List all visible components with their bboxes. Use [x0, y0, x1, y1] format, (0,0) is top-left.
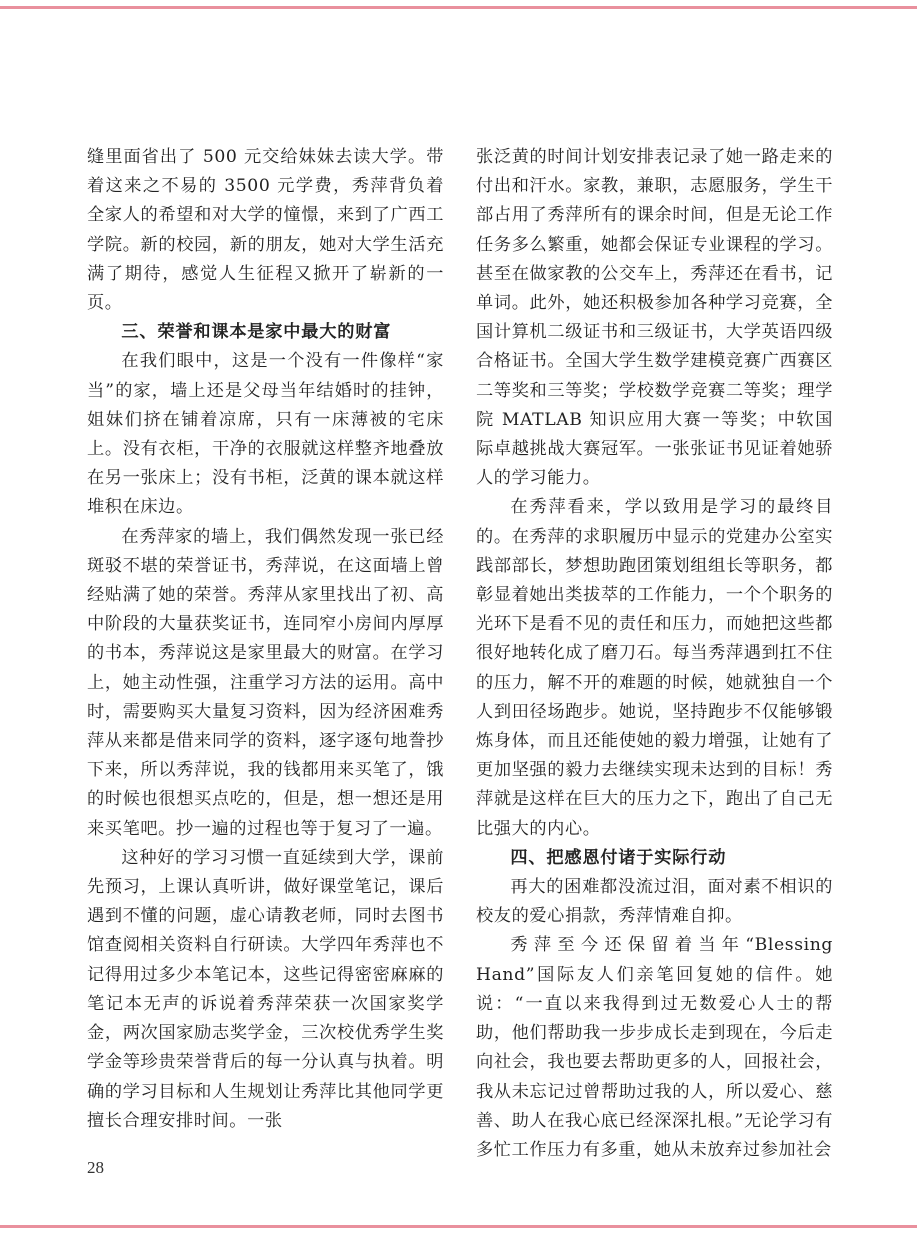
- paragraph: 再大的困难都没流过泪，面对素不相识的校友的爱心捐款，秀萍情难自抑。: [476, 873, 833, 931]
- paragraph: 这种好的学习习惯一直延续到大学，课前先预习，上课认真听讲，做好课堂笔记，课后遇到…: [87, 844, 444, 1136]
- right-column: 张泛黄的时间计划安排表记录了她一路走来的付出和汗水。家教，兼职，志愿服务，学生干…: [476, 143, 833, 1165]
- paragraph: 秀萍至今还保留着当年“Blessing Hand”国际友人们亲笔回复她的信件。她…: [476, 931, 833, 1165]
- section-heading: 三、荣誉和课本是家中最大的财富: [87, 318, 444, 347]
- left-column: 缝里面省出了 500 元交给妹妹去读大学。带着这来之不易的 3500 元学费，秀…: [87, 143, 444, 1136]
- paragraph: 在我们眼中，这是一个没有一件像样“家当”的家，墙上还是父母当年结婚时的挂钟，姐妹…: [87, 347, 444, 522]
- bottom-rule: [0, 1225, 917, 1228]
- paragraph: 张泛黄的时间计划安排表记录了她一路走来的付出和汗水。家教，兼职，志愿服务，学生干…: [476, 143, 833, 493]
- page-number: 28: [87, 1158, 104, 1178]
- paragraph: 在秀萍看来，学以致用是学习的最终目的。在秀萍的求职履历中显示的党建办公室实践部部…: [476, 493, 833, 843]
- paragraph: 缝里面省出了 500 元交给妹妹去读大学。带着这来之不易的 3500 元学费，秀…: [87, 143, 444, 318]
- section-heading: 四、把感恩付诸于实际行动: [476, 844, 833, 873]
- paragraph: 在秀萍家的墙上，我们偶然发现一张已经斑驳不堪的荣誉证书，秀萍说，在这面墙上曾经贴…: [87, 523, 444, 844]
- top-rule: [0, 6, 917, 9]
